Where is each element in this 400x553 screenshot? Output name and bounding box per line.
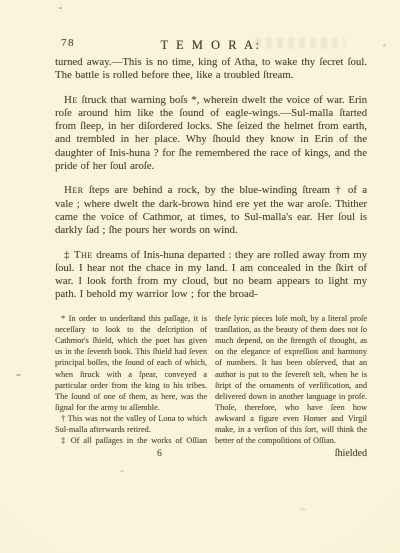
page-number: 78 xyxy=(61,37,75,49)
catchword: ſhielded xyxy=(335,448,367,459)
paragraph-text: ſtruck that warning boſs *, wherein dwel… xyxy=(55,94,367,172)
main-text-block: turned away.—This is no time, king of At… xyxy=(55,56,367,302)
footnote-dagger: † This was not the valley of Lona to whi… xyxy=(55,413,207,435)
paper-speck xyxy=(120,470,124,472)
paragraph-lead: Her xyxy=(64,184,84,196)
paper-speck xyxy=(59,7,62,9)
page-title: T E M O R A: xyxy=(161,38,262,52)
paragraph-text: dreams of Inis-huna departed : they are … xyxy=(55,249,367,301)
footnote-asterisk: * In order to underſtand this paſſage, i… xyxy=(55,313,207,413)
paragraph-lead: ‡ The xyxy=(64,249,93,261)
page-header: 78 T E M O R A: xyxy=(55,36,367,50)
book-page-scan: 78 T E M O R A: turned away.—This is no … xyxy=(0,0,400,553)
paragraph: ‡ The dreams of Inis-huna departed : the… xyxy=(55,249,367,302)
paragraph: Her ſteps are behind a rock, by the blue… xyxy=(55,184,367,237)
signature-mark: 6 xyxy=(157,449,162,459)
paragraph: He ſtruck that warning boſs *, wherein d… xyxy=(55,94,367,174)
footnotes-section: * In order to underſtand this paſſage, i… xyxy=(55,313,367,447)
paper-speck xyxy=(383,44,386,47)
paragraph-continuation: turned away.—This is no time, king of At… xyxy=(55,56,367,83)
paragraph-text: turned away.—This is no time, king of At… xyxy=(55,56,367,81)
page-footer: 6 ſhielded xyxy=(55,448,367,459)
paragraph-text: ſteps are behind a rock, by the blue-win… xyxy=(55,184,367,236)
paragraph-lead: He xyxy=(64,94,78,106)
paper-speck xyxy=(300,508,306,511)
paper-speck xyxy=(16,374,21,376)
